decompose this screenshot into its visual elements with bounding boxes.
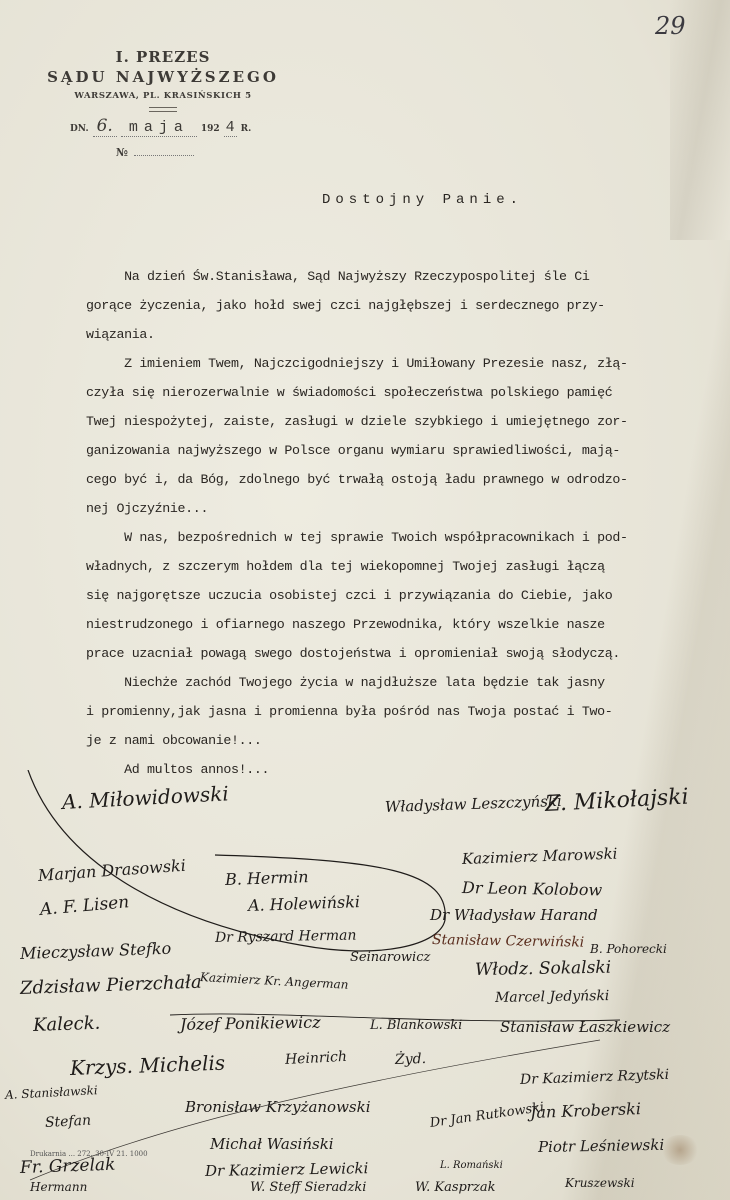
signature: Marjan Drasowski [37, 856, 186, 885]
date-year-prefix: 192 [201, 124, 220, 134]
signature: Hermann [30, 1180, 87, 1194]
body-line: i promienny,jak jasna i promienna była p… [86, 697, 726, 726]
body-line: niestrudzonego i ofiarnego naszego Przew… [86, 610, 726, 639]
signature: Żyd. [395, 1051, 427, 1068]
signature: Władysław Leszczyński [385, 792, 562, 816]
signature: Dr Kazimierz Lewicki [205, 1159, 369, 1180]
date-month: maja [121, 119, 197, 137]
signature: Mieczysław Stefko [20, 939, 172, 963]
signature: W. Kasprzak [415, 1180, 496, 1195]
signature: L. Blankowski [370, 1018, 462, 1033]
signature: Dr Jan Rutkowski [429, 1100, 545, 1131]
paper-stain [660, 1135, 700, 1165]
date-suffix: R. [241, 124, 252, 134]
body-line: Twej niespożytej, zaiste, zasługi w dzie… [86, 407, 726, 436]
signature: Dr Władysław Harand [430, 906, 598, 924]
signature: A. Miłowidowski [61, 781, 229, 814]
signature: Kruszewski [565, 1176, 635, 1190]
signature: Seinarowicz [350, 950, 430, 965]
body-line: W nas, bezpośrednich w tej sprawie Twoic… [86, 523, 726, 552]
signature: A. F. Lisen [39, 892, 130, 920]
signature: Stanisław Łaszkiewicz [500, 1018, 670, 1036]
letter-body: Na dzień Św.Stanisława, Sąd Najwyższy Rz… [86, 262, 726, 784]
signature: Kazimierz Kr. Angerman [200, 970, 349, 992]
signature: Dr Leon Kolobow [462, 878, 602, 899]
body-line: nej Ojczyźnie... [86, 494, 726, 523]
signature: Zdzisław Pierzchała [20, 972, 202, 999]
printer-mark: Drukarnia ... 272. 30-IV 21. 1000 [30, 1150, 148, 1158]
body-line: czyła się nierozerwalnie w świadomości s… [86, 378, 726, 407]
signature: Jan Kroberski [530, 1099, 642, 1122]
date-line: DN. 6. maja 1924R. [70, 116, 251, 137]
signature: Fr. Grzelak [20, 1155, 116, 1178]
date-prefix: DN. [70, 124, 89, 134]
body-line: wiązania. [86, 320, 726, 349]
signature: Kaleck. [33, 1013, 101, 1036]
signature: Bronisław Krzyżanowski [185, 1098, 371, 1116]
signature: Dr Kazimierz Rzytski [520, 1067, 670, 1088]
signatures-block: A. MiłowidowskiWładysław LeszczyńskiZ. M… [0, 770, 730, 1200]
letterhead: I. PREZES SĄDU NAJWYŻSZEGO WARSZAWA, PL.… [40, 48, 286, 112]
signature: L. Romański [440, 1160, 503, 1171]
body-line: cego być i, da Bóg, zdolnego być trwałą … [86, 465, 726, 494]
signature: A. Stanisławski [5, 1083, 98, 1102]
signature: Krzys. Michelis [70, 1051, 226, 1080]
number-label: № [116, 146, 128, 159]
signature: B. Hermin [225, 867, 309, 889]
salutation: Dostojny Panie. [322, 192, 523, 208]
signature: Marcel Jedyński [495, 988, 610, 1006]
body-line: się najgorętsze uczucia osobistej czci i… [86, 581, 726, 610]
body-line: Niechże zachód Twojego życia w najdłuższ… [86, 668, 726, 697]
body-line: Z imieniem Twem, Najczcigodniejszy i Umi… [86, 349, 726, 378]
body-line: ganizowania najwyższego w Polsce organu … [86, 436, 726, 465]
date-year-digit: 4 [224, 119, 237, 137]
body-line: je z nami obcowanie!... [86, 726, 726, 755]
body-line: Na dzień Św.Stanisława, Sąd Najwyższy Rz… [86, 262, 726, 291]
signature: B. Pohorecki [590, 942, 667, 956]
signature: Z. Mikołajski [544, 784, 689, 816]
date-day: 6. [93, 116, 117, 137]
signature: Kazimierz Marowski [462, 845, 618, 868]
signature: Piotr Leśniewski [538, 1136, 664, 1156]
body-line: prace uzacniał powagą swego dostojeństwa… [86, 639, 726, 668]
archive-page-number: 29 [655, 12, 686, 40]
body-line: władnych, z szczerym hołdem dla tej wiek… [86, 552, 726, 581]
signature: Dr Ryszard Herman [215, 928, 357, 946]
letterhead-institution: SĄDU NAJWYŻSZEGO [40, 68, 286, 86]
signature: Heinrich [285, 1049, 348, 1068]
reference-number: № [116, 146, 194, 159]
signature: W. Steff Sieradzki [250, 1180, 366, 1195]
signature: Włodz. Sokalski [475, 958, 611, 980]
signature: Stanisław Czerwiński [432, 932, 585, 951]
letterhead-title: I. PREZES [40, 48, 286, 66]
letterhead-address: WARSZAWA, PL. KRASIŃSKICH 5 [40, 91, 286, 101]
signature: Józef Ponikiewicz [180, 1013, 321, 1034]
signature: A. Holewiński [248, 892, 361, 915]
signature: Stefan [45, 1113, 92, 1131]
body-line: gorące życzenia, jako hołd swej czci naj… [86, 291, 726, 320]
signature: Michał Wasiński [210, 1135, 334, 1153]
number-blank [134, 155, 194, 156]
letterhead-rule [149, 107, 177, 112]
